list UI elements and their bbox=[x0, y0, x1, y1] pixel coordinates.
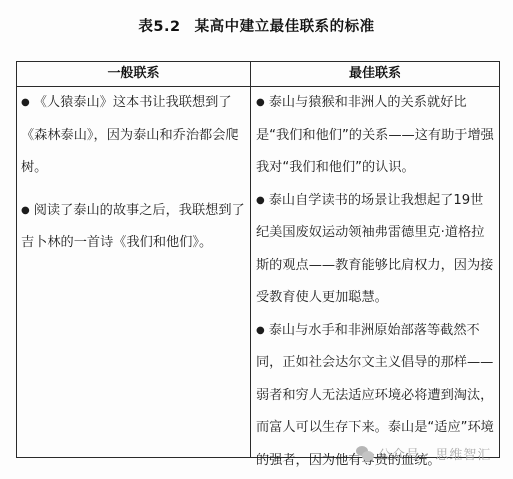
wechat-icon bbox=[356, 446, 374, 461]
header-general-connection: 一般联系 bbox=[17, 62, 250, 86]
best-item: ●泰山自学读书的场景让我想起了19世纪美国废奴运动领袖弗雷德里克·道格拉斯的观点… bbox=[256, 185, 494, 315]
general-connection-column: ●《人猿泰山》这本书让我联想到了《森林泰山》，因为泰山和乔治都会爬树。 ●阅读了… bbox=[21, 87, 247, 260]
header-best-connection: 最佳联系 bbox=[251, 62, 499, 86]
table-caption: 表5.2某高中建立最佳联系的标准 bbox=[0, 15, 513, 36]
table-number: 表5.2 bbox=[138, 19, 180, 35]
watermark: 公众号 · 思维智汇 bbox=[356, 444, 491, 463]
best-item-text: 泰山自学读书的场景让我想起了19世纪美国废奴运动领袖弗雷德里克·道格拉斯的观点—… bbox=[256, 193, 493, 306]
general-item-text: 《人猿泰山》这本书让我联想到了《森林泰山》，因为泰山和乔治都会爬树。 bbox=[21, 95, 239, 175]
general-item: ●《人猿泰山》这本书让我联想到了《森林泰山》，因为泰山和乔治都会爬树。 bbox=[21, 87, 247, 185]
best-item: ●泰山与猿猴和非洲人的关系就好比是“我们和他们”的关系——这有助于增强我对“我们… bbox=[256, 87, 494, 185]
bullet-icon: ● bbox=[21, 97, 30, 108]
best-item-text: 泰山与猿猴和非洲人的关系就好比是“我们和他们”的关系——这有助于增强我对“我们和… bbox=[256, 95, 494, 175]
general-item: ●阅读了泰山的故事之后，我联想到了吉卜林的一首诗《我们和他们》。 bbox=[21, 195, 247, 260]
best-connection-column: ●泰山与猿猴和非洲人的关系就好比是“我们和他们”的关系——这有助于增强我对“我们… bbox=[256, 87, 494, 477]
table-title: 某高中建立最佳联系的标准 bbox=[195, 19, 375, 35]
bullet-icon: ● bbox=[256, 325, 265, 336]
bullet-icon: ● bbox=[256, 195, 265, 206]
watermark-text: 公众号 · 思维智汇 bbox=[378, 444, 491, 463]
comparison-table: 一般联系 最佳联系 ●《人猿泰山》这本书让我联想到了《森林泰山》，因为泰山和乔治… bbox=[16, 61, 500, 458]
general-item-text: 阅读了泰山的故事之后，我联想到了吉卜林的一首诗《我们和他们》。 bbox=[21, 203, 245, 251]
bullet-icon: ● bbox=[21, 205, 30, 216]
table-header-row: 一般联系 最佳联系 bbox=[17, 62, 499, 87]
column-divider bbox=[250, 62, 251, 457]
bullet-icon: ● bbox=[256, 97, 265, 108]
